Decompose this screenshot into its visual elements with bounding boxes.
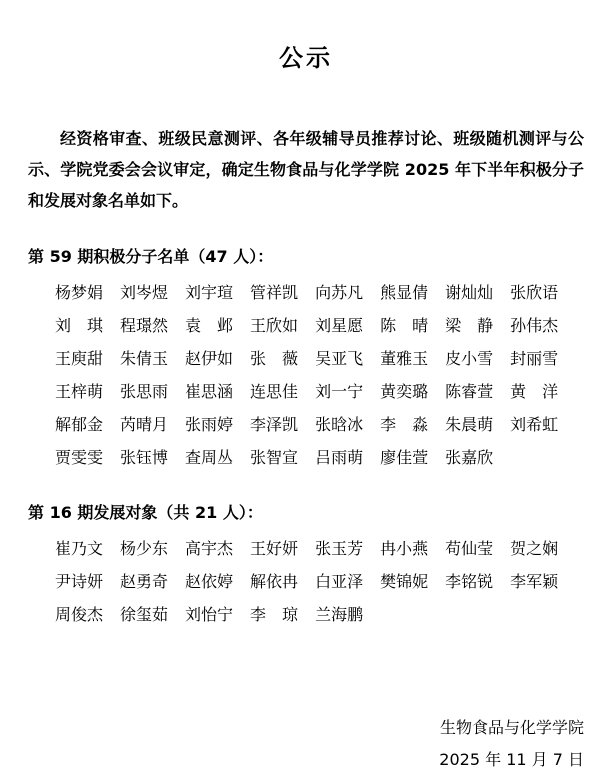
- sections: 第 59 期积极分子名单（47 人）：杨梦娟刘岑煜刘宇瑄管祥凯向苏凡熊显倩谢灿灿…: [0, 244, 612, 631]
- name-row: 崔乃文杨少东高宇杰王好妍张玉芳冉小燕苟仙莹贺之娴: [55, 532, 584, 565]
- person-name: 陈 晴: [380, 309, 428, 342]
- person-name: 王庾甜: [55, 342, 103, 375]
- person-name: 黄 洋: [510, 375, 558, 408]
- name-rows: 崔乃文杨少东高宇杰王好妍张玉芳冉小燕苟仙莹贺之娴尹诗妍赵勇奇赵依婷解依冉白亚泽樊…: [55, 532, 584, 631]
- person-name: 刘岑煜: [120, 276, 168, 309]
- date: 2025 年 11 月 7 日: [439, 744, 584, 776]
- person-name: 朱晨萌: [445, 408, 493, 441]
- person-name: 向苏凡: [315, 276, 363, 309]
- section: 第 16 期发展对象（共 21 人）：崔乃文杨少东高宇杰王好妍张玉芳冉小燕苟仙莹…: [0, 500, 612, 631]
- name-row: 王梓萌张思雨崔思涵连思佳刘一宁黄奕璐陈睿萱黄 洋: [55, 375, 584, 408]
- person-name: 解依冉: [250, 565, 298, 598]
- person-name: 刘 琪: [55, 309, 103, 342]
- person-name: 吕雨萌: [315, 441, 363, 474]
- name-row: 周俊杰徐玺茹刘怡宁李 琼兰海鹏: [55, 598, 584, 631]
- person-name: 管祥凯: [250, 276, 298, 309]
- person-name: 白亚泽: [315, 565, 363, 598]
- person-name: 张钰博: [120, 441, 168, 474]
- person-name: 解郁金: [55, 408, 103, 441]
- name-row: 贾雯雯张钰博查周丛张智宣吕雨萌廖佳萱张嘉欣: [55, 441, 584, 474]
- person-name: 崔乃文: [55, 532, 103, 565]
- person-name: 高宇杰: [185, 532, 233, 565]
- person-name: 张思雨: [120, 375, 168, 408]
- person-name: 李 淼: [380, 408, 428, 441]
- person-name: 李军颖: [510, 565, 558, 598]
- person-name: 陈睿萱: [445, 375, 493, 408]
- person-name: 张玉芳: [315, 532, 363, 565]
- person-name: 赵伊如: [185, 342, 233, 375]
- person-name: 董雅玉: [380, 342, 428, 375]
- signature: 生物食品与化学学院: [439, 712, 584, 744]
- person-name: 刘怡宁: [185, 598, 233, 631]
- page-title: 公示: [0, 38, 612, 73]
- person-name: 连思佳: [250, 375, 298, 408]
- person-name: 李泽凯: [250, 408, 298, 441]
- person-name: 贺之娴: [510, 532, 558, 565]
- section-heading: 第 16 期发展对象（共 21 人）：: [28, 500, 612, 526]
- name-row: 王庾甜朱倩玉赵伊如张 薇吴亚飞董雅玉皮小雪封丽雪: [55, 342, 584, 375]
- footer: 生物食品与化学学院 2025 年 11 月 7 日: [439, 712, 584, 776]
- intro-paragraph: 经资格审查、班级民意测评、各年级辅导员推荐讨论、班级随机测评与公示、学院党委会会…: [28, 123, 584, 216]
- person-name: 王梓萌: [55, 375, 103, 408]
- person-name: 冉小燕: [380, 532, 428, 565]
- person-name: 封丽雪: [510, 342, 558, 375]
- person-name: 朱倩玉: [120, 342, 168, 375]
- person-name: 尹诗妍: [55, 565, 103, 598]
- name-row: 解郁金芮晴月张雨婷李泽凯张晗冰李 淼朱晨萌刘希虹: [55, 408, 584, 441]
- person-name: 刘希虹: [510, 408, 558, 441]
- person-name: 袁 邺: [185, 309, 233, 342]
- announcement-page: 公示 经资格审查、班级民意测评、各年级辅导员推荐讨论、班级随机测评与公示、学院党…: [0, 0, 612, 781]
- person-name: 张晗冰: [315, 408, 363, 441]
- person-name: 芮晴月: [120, 408, 168, 441]
- person-name: 刘星愿: [315, 309, 363, 342]
- person-name: 李 琼: [250, 598, 298, 631]
- person-name: 张 薇: [250, 342, 298, 375]
- person-name: 廖佳萱: [380, 441, 428, 474]
- person-name: 刘一宁: [315, 375, 363, 408]
- person-name: 梁 静: [445, 309, 493, 342]
- person-name: 崔思涵: [185, 375, 233, 408]
- person-name: 赵依婷: [185, 565, 233, 598]
- name-row: 尹诗妍赵勇奇赵依婷解依冉白亚泽樊锦妮李铭锐李军颖: [55, 565, 584, 598]
- person-name: 樊锦妮: [380, 565, 428, 598]
- person-name: 谢灿灿: [445, 276, 493, 309]
- section-heading: 第 59 期积极分子名单（47 人）：: [28, 244, 612, 270]
- name-rows: 杨梦娟刘岑煜刘宇瑄管祥凯向苏凡熊显倩谢灿灿张欣语刘 琪程璟然袁 邺王欣如刘星愿陈…: [55, 276, 584, 474]
- person-name: 皮小雪: [445, 342, 493, 375]
- person-name: 赵勇奇: [120, 565, 168, 598]
- person-name: 周俊杰: [55, 598, 103, 631]
- person-name: 苟仙莹: [445, 532, 493, 565]
- person-name: 杨少东: [120, 532, 168, 565]
- person-name: 兰海鹏: [315, 598, 363, 631]
- person-name: 李铭锐: [445, 565, 493, 598]
- person-name: 刘宇瑄: [185, 276, 233, 309]
- person-name: 王欣如: [250, 309, 298, 342]
- person-name: 贾雯雯: [55, 441, 103, 474]
- person-name: 查周丛: [185, 441, 233, 474]
- person-name: 王好妍: [250, 532, 298, 565]
- person-name: 黄奕璐: [380, 375, 428, 408]
- person-name: 杨梦娟: [55, 276, 103, 309]
- person-name: 孙伟杰: [510, 309, 558, 342]
- person-name: 程璟然: [120, 309, 168, 342]
- name-row: 杨梦娟刘岑煜刘宇瑄管祥凯向苏凡熊显倩谢灿灿张欣语: [55, 276, 584, 309]
- person-name: 张雨婷: [185, 408, 233, 441]
- person-name: 熊显倩: [380, 276, 428, 309]
- person-name: 张欣语: [510, 276, 558, 309]
- person-name: 徐玺茹: [120, 598, 168, 631]
- name-row: 刘 琪程璟然袁 邺王欣如刘星愿陈 晴梁 静孙伟杰: [55, 309, 584, 342]
- section: 第 59 期积极分子名单（47 人）：杨梦娟刘岑煜刘宇瑄管祥凯向苏凡熊显倩谢灿灿…: [0, 244, 612, 474]
- person-name: 张智宣: [250, 441, 298, 474]
- person-name: 张嘉欣: [445, 441, 493, 474]
- person-name: 吴亚飞: [315, 342, 363, 375]
